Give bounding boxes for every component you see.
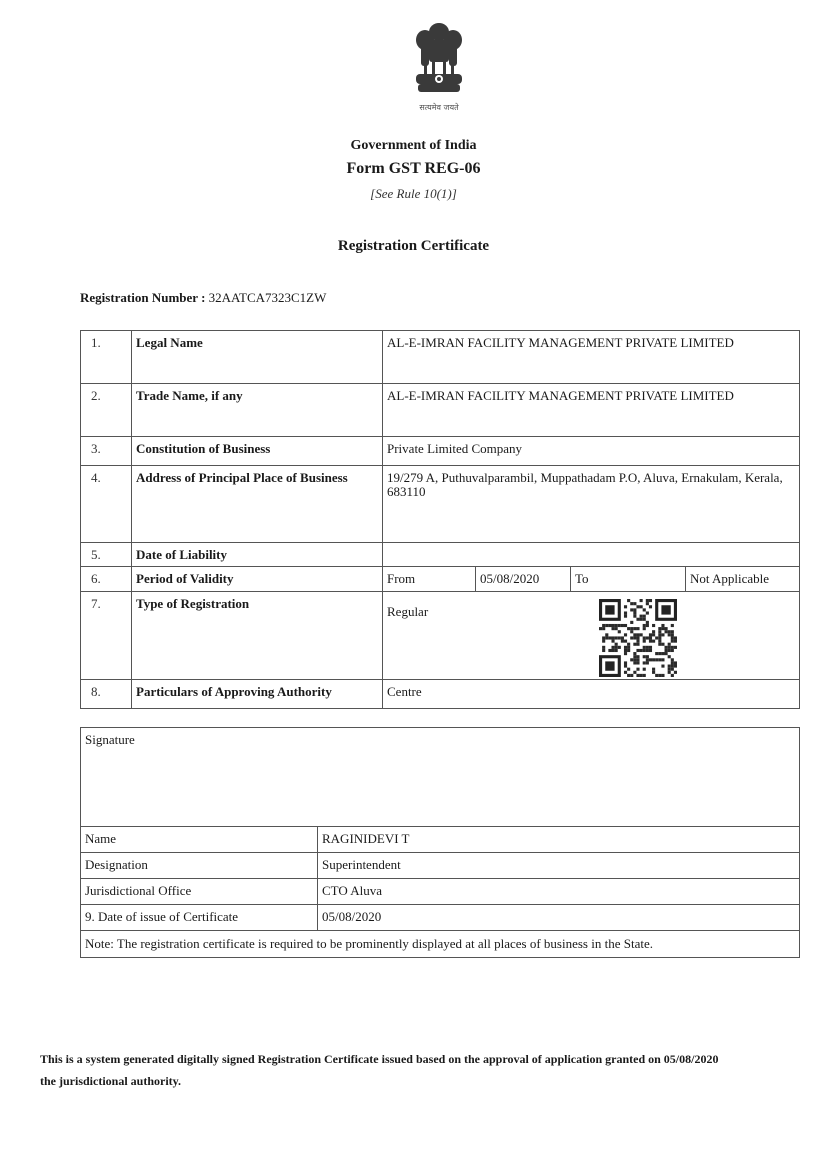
legal-name-value: AL-E-IMRAN FACILITY MANAGEMENT PRIVATE L… xyxy=(383,331,800,384)
row-number: 6. xyxy=(81,567,132,592)
footer-disclaimer: This is a system generated digitally sig… xyxy=(40,1048,827,1092)
registration-type-cell: Regular xyxy=(383,592,800,680)
validity-to-value: Not Applicable xyxy=(686,567,800,592)
jurisdictional-office-value: CTO Aluva xyxy=(318,879,800,905)
row-number: 2. xyxy=(81,384,132,437)
officer-name-value: RAGINIDEVI T xyxy=(318,827,800,853)
table-row: 1. Legal Name AL-E-IMRAN FACILITY MANAGE… xyxy=(81,331,800,384)
footer-line-1: This is a system generated digitally sig… xyxy=(40,1048,827,1070)
field-label: Date of Liability xyxy=(132,543,383,567)
row-number: 7. xyxy=(81,592,132,680)
date-of-liability-value xyxy=(383,543,800,567)
display-note: Note: The registration certificate is re… xyxy=(81,931,800,958)
registration-number-label: Registration Number : xyxy=(80,290,205,305)
registration-number-value: 32AATCA7323C1ZW xyxy=(209,290,327,305)
rule-reference: [See Rule 10(1)] xyxy=(0,186,827,202)
signature-row: Signature xyxy=(81,728,800,827)
field-label: Jurisdictional Office xyxy=(81,879,318,905)
table-row: 6. Period of Validity From 05/08/2020 To… xyxy=(81,567,800,592)
table-row: 8. Particulars of Approving Authority Ce… xyxy=(81,680,800,709)
registration-details-table: 1. Legal Name AL-E-IMRAN FACILITY MANAGE… xyxy=(80,330,800,709)
trade-name-value: AL-E-IMRAN FACILITY MANAGEMENT PRIVATE L… xyxy=(383,384,800,437)
field-label: Designation xyxy=(81,853,318,879)
field-label: Legal Name xyxy=(132,331,383,384)
signature-table: Signature Name RAGINIDEVI T Designation … xyxy=(80,727,800,958)
row-number: 3. xyxy=(81,437,132,466)
table-row: 3. Constitution of Business Private Limi… xyxy=(81,437,800,466)
validity-from-value: 05/08/2020 xyxy=(476,567,571,592)
row-number: 5. xyxy=(81,543,132,567)
field-label: 9. Date of issue of Certificate xyxy=(81,905,318,931)
signature-label: Signature xyxy=(81,728,800,827)
field-label: Type of Registration xyxy=(132,592,383,680)
designation-value: Superintendent xyxy=(318,853,800,879)
field-label: Name xyxy=(81,827,318,853)
emblem-motto: सत्यमेव जयते xyxy=(404,102,474,113)
table-row: Jurisdictional Office CTO Aluva xyxy=(81,879,800,905)
table-row: 2. Trade Name, if any AL-E-IMRAN FACILIT… xyxy=(81,384,800,437)
field-label: Constitution of Business xyxy=(132,437,383,466)
certificate-title: Registration Certificate xyxy=(0,238,827,255)
form-heading: Form GST REG-06 xyxy=(0,160,827,178)
table-row: 4. Address of Principal Place of Busines… xyxy=(81,466,800,543)
validity-to-label: To xyxy=(571,567,686,592)
registration-type-value: Regular xyxy=(387,597,795,619)
qr-code-icon xyxy=(599,599,677,677)
approving-authority-value: Centre xyxy=(383,680,800,709)
field-label: Period of Validity xyxy=(132,567,383,592)
table-row: Name RAGINIDEVI T xyxy=(81,827,800,853)
national-emblem-icon xyxy=(404,14,474,100)
national-emblem: सत्यमेव जयते xyxy=(404,14,474,114)
field-label: Trade Name, if any xyxy=(132,384,383,437)
validity-from-label: From xyxy=(383,567,476,592)
footer-line-2: the jurisdictional authority. xyxy=(40,1070,827,1092)
table-row: 9. Date of issue of Certificate 05/08/20… xyxy=(81,905,800,931)
date-of-issue-value: 05/08/2020 xyxy=(318,905,800,931)
row-number: 1. xyxy=(81,331,132,384)
field-label: Address of Principal Place of Business xyxy=(132,466,383,543)
table-row: Designation Superintendent xyxy=(81,853,800,879)
row-number: 8. xyxy=(81,680,132,709)
constitution-value: Private Limited Company xyxy=(383,437,800,466)
row-number: 4. xyxy=(81,466,132,543)
registration-number: Registration Number : 32AATCA7323C1ZW xyxy=(80,290,326,306)
government-heading: Government of India xyxy=(0,138,827,154)
table-row: 5. Date of Liability xyxy=(81,543,800,567)
field-label: Particulars of Approving Authority xyxy=(132,680,383,709)
table-row: 7. Type of Registration Regular xyxy=(81,592,800,680)
note-row: Note: The registration certificate is re… xyxy=(81,931,800,958)
address-value: 19/279 A, Puthuvalparambil, Muppathadam … xyxy=(383,466,800,543)
